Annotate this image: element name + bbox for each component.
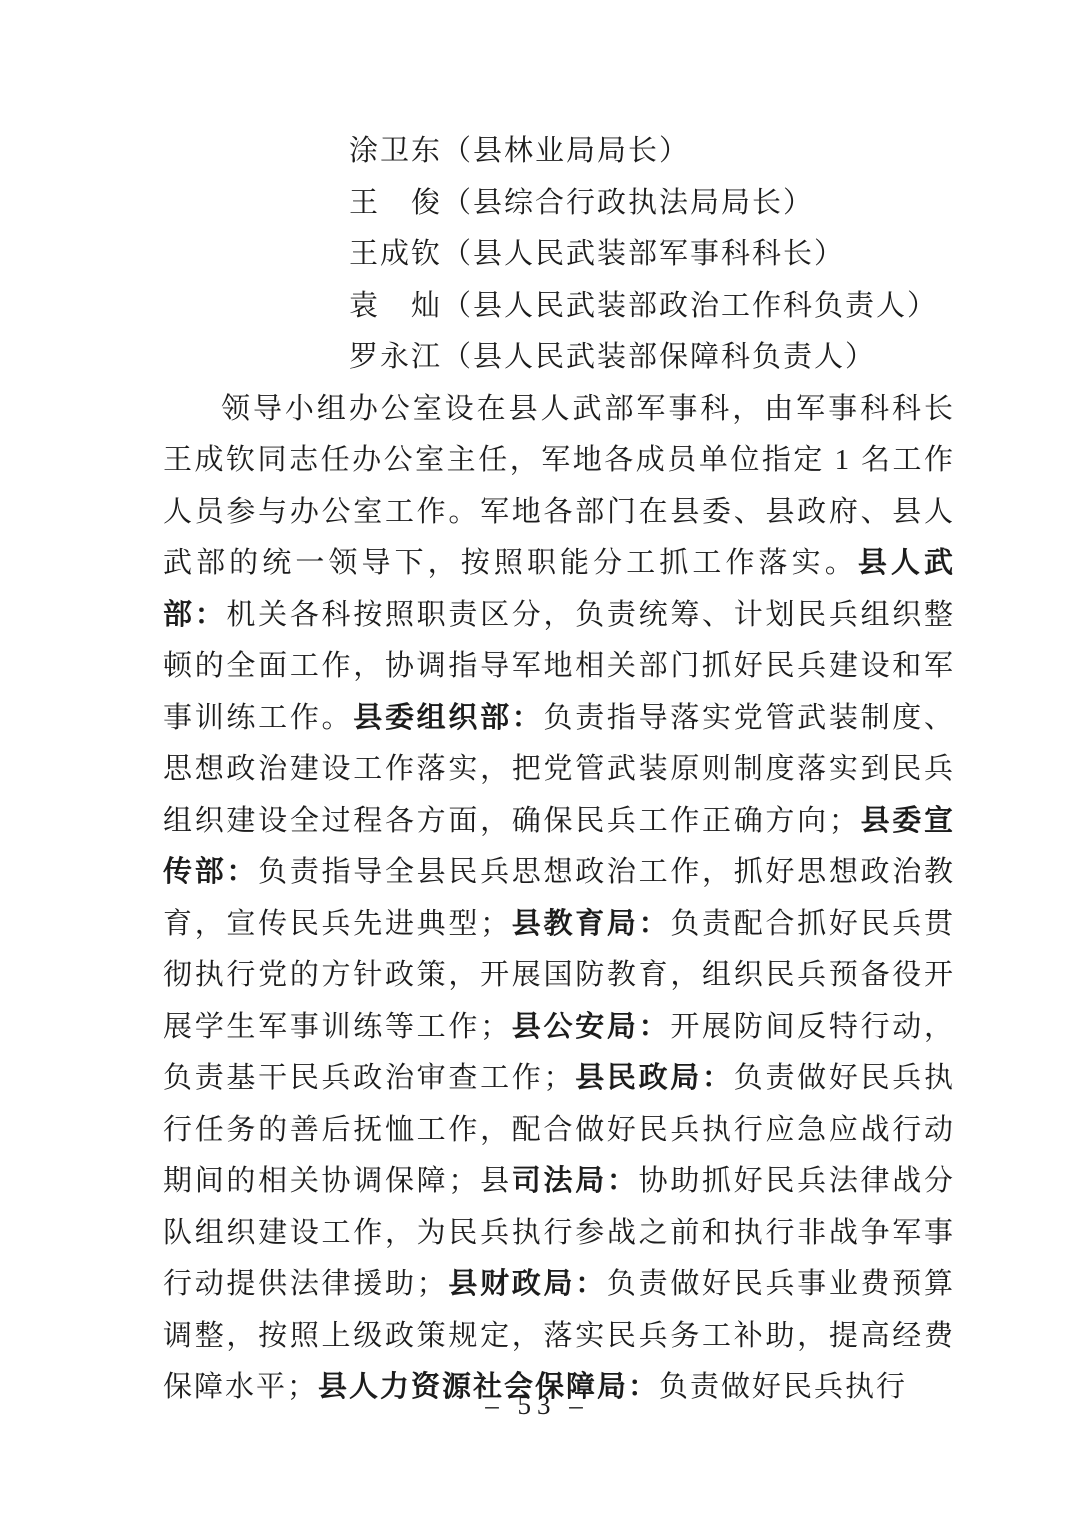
dept-heading-bold: 县财政局： — [448, 1268, 607, 1300]
dept-heading-bold: 县公安局： — [511, 1011, 670, 1043]
dept-heading-bold: 司法局： — [512, 1165, 639, 1197]
name-list-item: 王 俊（县综合行政执法局局长） — [349, 178, 955, 230]
name-list-item: 罗永江（县人民武装部保障科负责人） — [349, 332, 955, 384]
name-list-item: 涂卫东（县林业局局长） — [349, 126, 955, 178]
body-paragraph: 领导小组办公室设在县人武部军事科，由军事科科长王成钦同志任办公室主任，军地各成员… — [163, 384, 955, 1414]
dept-heading-bold: 县教育局： — [511, 908, 670, 940]
name-list-item: 王成钦（县人民武装部军事科科长） — [349, 229, 955, 281]
name-list: 涂卫东（县林业局局长） 王 俊（县综合行政执法局局长） 王成钦（县人民武装部军事… — [163, 126, 955, 384]
name-list-item: 袁 灿（县人民武装部政治工作科负责人） — [349, 281, 955, 333]
dept-heading-bold: 县民政局： — [574, 1062, 733, 1094]
page-number: – 53 – — [0, 1390, 1074, 1421]
document-content: 涂卫东（县林业局局长） 王 俊（县综合行政执法局局长） 王成钦（县人民武装部军事… — [163, 126, 955, 1414]
dept-heading-bold: 县委组织部： — [353, 702, 543, 734]
document-page: 涂卫东（县林业局局长） 王 俊（县综合行政执法局局长） 王成钦（县人民武装部军事… — [0, 0, 1074, 1520]
text-run: 领导小组办公室设在县人武部军事科，由军事科科长王成钦同志任办公室主任，军地各成员… — [163, 393, 955, 580]
